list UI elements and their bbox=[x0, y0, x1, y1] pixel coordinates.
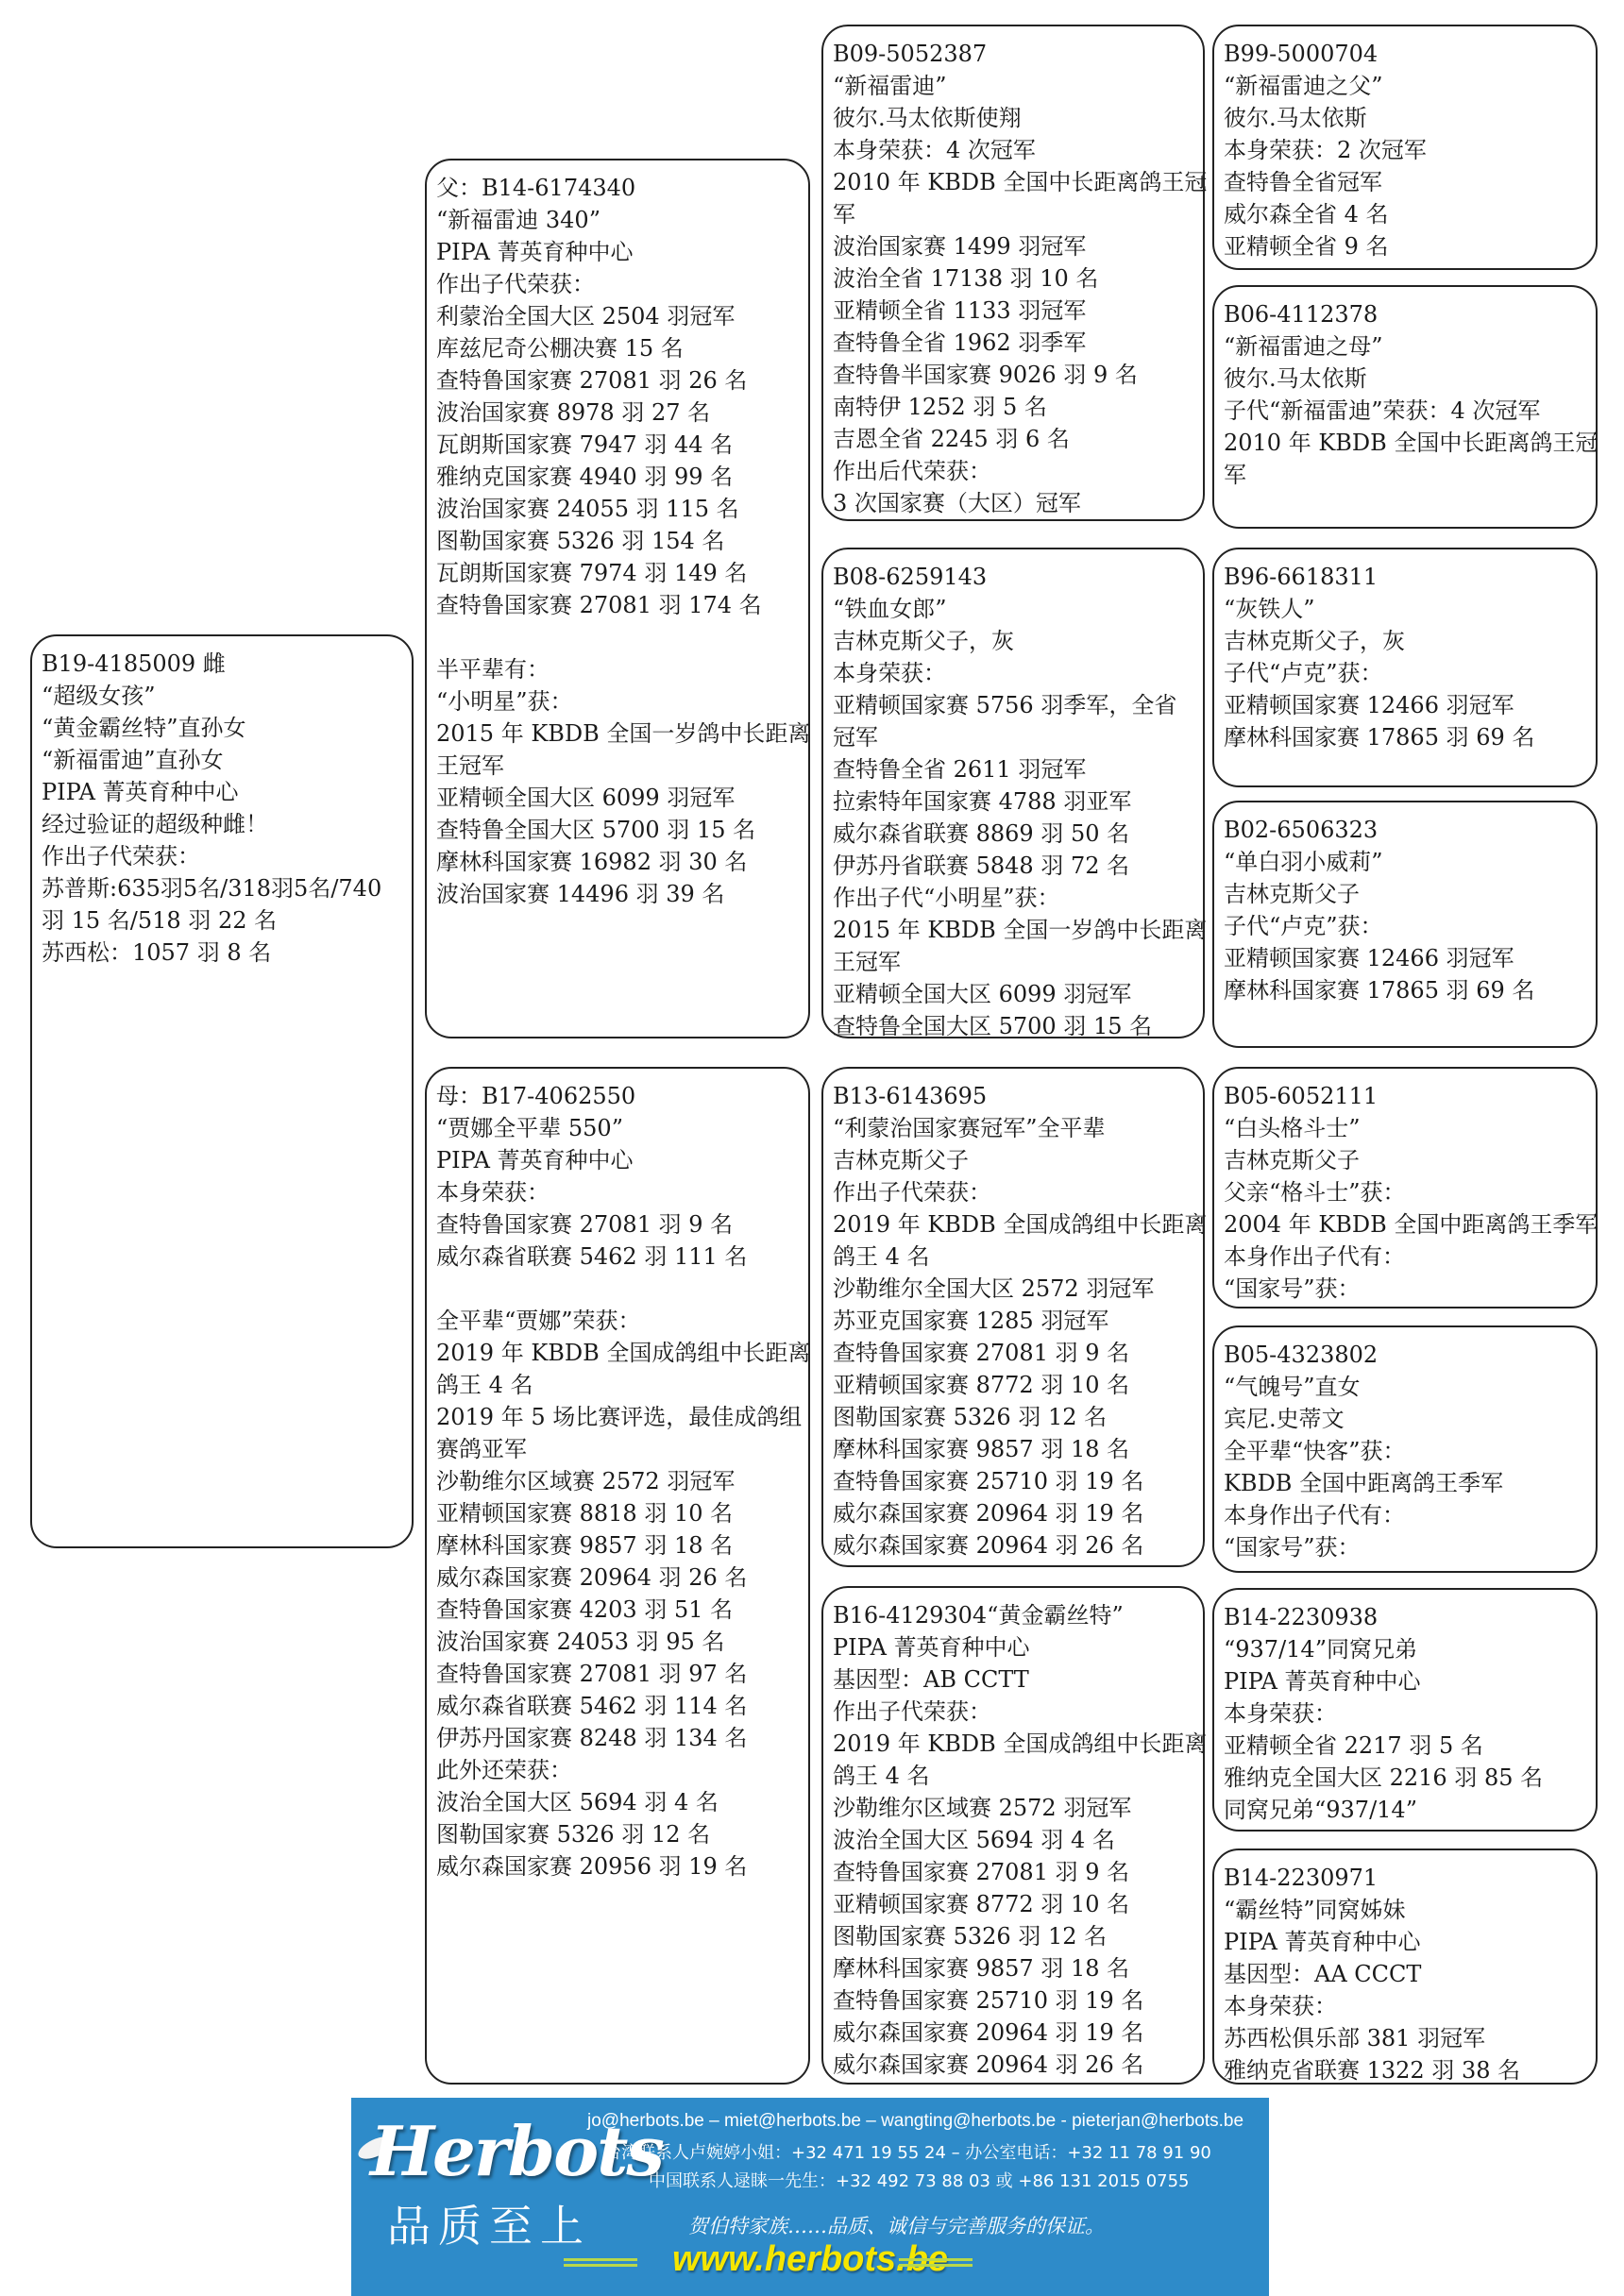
card-line: 彼尔.马太依斯使翔 bbox=[833, 102, 1203, 134]
card-line: 子代“卢克”获： bbox=[1224, 657, 1596, 689]
card-line: 查特鲁全省 2611 羽冠军 bbox=[833, 753, 1203, 785]
pedigree-subject-card: B19-4185009 雌 “超级女孩” “黄金霸丝特”直孙女 “新福雷迪”直孙… bbox=[30, 634, 414, 1548]
card-line: “国家号”获： bbox=[1224, 1531, 1596, 1563]
pedigree-great-grandparent-card: B05-6052111 “白头格斗士”吉林克斯父子父亲“格斗士”获：2004 年… bbox=[1212, 1067, 1598, 1308]
card-line: 威尔森国家赛 20964 羽 19 名 bbox=[833, 2017, 1203, 2049]
card-line: 本身作出子代有： bbox=[1224, 1499, 1596, 1531]
pedigree-great-grandparent-card: B02-6506323 “单白羽小威莉”吉林克斯父子子代“卢克”获：亚精顿国家赛… bbox=[1212, 801, 1598, 1048]
card-line: 作出后代荣获： bbox=[833, 455, 1203, 487]
card-line: 图勒国家赛 5326 羽 154 名 bbox=[436, 525, 808, 557]
card-line: 鸽王 4 名 bbox=[833, 1760, 1203, 1792]
card-line: 查特鲁全国大区 5700 羽 15 名 bbox=[436, 814, 808, 846]
card-line: 查特鲁国家赛 27081 羽 9 名 bbox=[436, 1208, 808, 1241]
ring-number: B05-4323802 bbox=[1224, 1339, 1596, 1371]
card-line: 本身荣获：2 次冠军 bbox=[1224, 134, 1596, 166]
card-line: 摩林科国家赛 16982 羽 30 名 bbox=[436, 846, 808, 878]
card-line: PIPA 菁英育种中心 bbox=[436, 236, 808, 268]
card-line: “超级女孩” bbox=[42, 680, 412, 712]
card-line: 伊苏丹国家赛 8248 羽 134 名 bbox=[436, 1722, 808, 1754]
pedigree-paternal-granddam-card: B08-6259143 “铁血女郎”吉林克斯父子，灰本身荣获：亚精顿国家赛 57… bbox=[821, 548, 1205, 1038]
card-line: 图勒国家赛 5326 羽 12 名 bbox=[436, 1818, 808, 1850]
ring-number: B02-6506323 bbox=[1224, 814, 1596, 846]
ring-number: 母：B17-4062550 bbox=[436, 1080, 808, 1112]
card-line: 羽 15 名/518 羽 22 名 bbox=[42, 904, 412, 937]
card-line: 赛鸽亚军 bbox=[436, 1433, 808, 1465]
card-line: 冠军 bbox=[833, 721, 1203, 753]
card-line: 彼尔.马太依斯 bbox=[1224, 102, 1596, 134]
card-line: 瓦朗斯国家赛 7974 羽 149 名 bbox=[436, 557, 808, 589]
card-line: 雅纳克全国大区 2216 羽 85 名 bbox=[1224, 1762, 1596, 1794]
card-line: 2019 年 KBDB 全国成鸽组中长距离 bbox=[833, 1728, 1203, 1760]
card-line: 作出子代荣获： bbox=[833, 1176, 1203, 1208]
card-line: 波治全国大区 5694 羽 4 名 bbox=[833, 1824, 1203, 1856]
card-line: 本身荣获：4 次冠军 bbox=[833, 134, 1203, 166]
card-line: 鸽王 4 名 bbox=[436, 1369, 808, 1401]
card-line: 利蒙治全国大区 2504 羽冠军 bbox=[436, 300, 808, 332]
card-line: 本身荣获： bbox=[1224, 1697, 1596, 1730]
card-line: 子代“新福雷迪”荣获：4 次冠军 bbox=[1224, 395, 1596, 427]
card-line: 图勒国家赛 5326 羽 12 名 bbox=[833, 1920, 1203, 1952]
card-line: 全平辈“贾娜”荣获： bbox=[436, 1305, 808, 1337]
card-line: 本身荣获： bbox=[1224, 1990, 1596, 2022]
card-line: “新福雷迪之父” bbox=[1224, 70, 1596, 102]
card-line: 作出子代“小明星”获： bbox=[833, 882, 1203, 914]
card-line: 查特鲁全国大区 5700 羽 15 名 bbox=[833, 1010, 1203, 1042]
card-line: “单白羽小威莉” bbox=[1224, 846, 1596, 878]
ring-number: B08-6259143 bbox=[833, 561, 1203, 593]
card-line: 雅纳克国家赛 4940 羽 99 名 bbox=[436, 461, 808, 493]
card-line: 亚精顿国家赛 8772 羽 10 名 bbox=[833, 1369, 1203, 1401]
card-line bbox=[436, 1273, 808, 1305]
pedigree-maternal-grandsire-card: B13-6143695 “利蒙治国家赛冠军”全平辈吉林克斯父子作出子代荣获：20… bbox=[821, 1067, 1205, 1567]
card-line: 2019 年 KBDB 全国成鸽组中长距离 bbox=[833, 1208, 1203, 1241]
card-line: 本身作出子代有： bbox=[1224, 1241, 1596, 1273]
taiwan-contact: 台湾联系人卢婉婷小姐：+32 471 19 55 24 – 办公室电话：+32 … bbox=[604, 2139, 1211, 2164]
card-line: 苏西松：1057 羽 8 名 bbox=[42, 937, 412, 969]
card-line: “白头格斗士” bbox=[1224, 1112, 1596, 1144]
card-line: 威尔森省联赛 8869 羽 50 名 bbox=[833, 818, 1203, 850]
card-line: 雅纳克省联赛 1322 羽 38 名 bbox=[1224, 2054, 1596, 2086]
ring-number: B19-4185009 雌 bbox=[42, 648, 412, 680]
card-line: PIPA 菁英育种中心 bbox=[833, 1631, 1203, 1663]
card-line: 波治国家赛 1499 羽冠军 bbox=[833, 230, 1203, 262]
card-line: “新福雷迪之母” bbox=[1224, 330, 1596, 363]
card-line: 摩林科国家赛 9857 羽 18 名 bbox=[436, 1529, 808, 1562]
card-line: 查特鲁国家赛 4203 羽 51 名 bbox=[436, 1594, 808, 1626]
card-line: 摩林科国家赛 17865 羽 69 名 bbox=[1224, 721, 1596, 753]
slogan: 品质至上 bbox=[387, 2192, 591, 2254]
card-line: 吉林克斯父子 bbox=[1224, 878, 1596, 910]
card-line: 2004 年 KBDB 全国中距离鸽王季军 bbox=[1224, 1208, 1596, 1241]
card-line: 查特鲁全省冠军 bbox=[1224, 166, 1596, 198]
card-line: 作出子代荣获： bbox=[436, 268, 808, 300]
card-line: 3 次国家赛（大区）冠军 bbox=[833, 487, 1203, 519]
card-line: 经过验证的超级种雌！ bbox=[42, 808, 412, 840]
ring-number: B13-6143695 bbox=[833, 1080, 1203, 1112]
card-line: 彼尔.马太依斯 bbox=[1224, 363, 1596, 395]
card-line: 波治国家赛 24055 羽 115 名 bbox=[436, 493, 808, 525]
card-line: 亚精顿全省 2217 羽 5 名 bbox=[1224, 1730, 1596, 1762]
card-line: “霸丝特”同窝姊妹 bbox=[1224, 1894, 1596, 1926]
card-line: “新福雷迪”直孙女 bbox=[42, 744, 412, 776]
card-line: 威尔森国家赛 20964 羽 26 名 bbox=[436, 1562, 808, 1594]
card-line: 查特鲁国家赛 27081 羽 26 名 bbox=[436, 364, 808, 397]
card-line: 伊苏丹省联赛 5848 羽 72 名 bbox=[833, 850, 1203, 882]
card-line: 亚精顿国家赛 8818 羽 10 名 bbox=[436, 1497, 808, 1529]
pedigree-paternal-grandsire-card: B09-5052387 “新福雷迪”彼尔.马太依斯使翔本身荣获：4 次冠军201… bbox=[821, 25, 1205, 521]
card-line: 波治全省 17138 羽 10 名 bbox=[833, 262, 1203, 295]
card-line: 父亲“格斗士”获： bbox=[1224, 1176, 1596, 1208]
card-line: 2019 年 KBDB 全国成鸽组中长距离 bbox=[436, 1337, 808, 1369]
card-line: 亚精顿国家赛 8772 羽 10 名 bbox=[833, 1888, 1203, 1920]
card-line: 摩林科国家赛 9857 羽 18 名 bbox=[833, 1952, 1203, 1984]
card-line: 王冠军 bbox=[833, 946, 1203, 978]
card-line: 南特伊 1252 羽 5 名 bbox=[833, 391, 1203, 423]
pedigree-dam-card: 母：B17-4062550 “贾娜全平辈 550”PIPA 菁英育种中心本身荣获… bbox=[425, 1067, 810, 2085]
card-line: 威尔森国家赛 20964 羽 26 名 bbox=[833, 1529, 1203, 1562]
card-line: PIPA 菁英育种中心 bbox=[42, 776, 412, 808]
ring-number: B16-4129304“黄金霸丝特” bbox=[833, 1599, 1203, 1631]
ring-number: B06-4112378 bbox=[1224, 298, 1596, 330]
card-line: 2010 年 KBDB 全国中长距离鸽王冠 bbox=[833, 166, 1203, 198]
herbots-contact-banner: Herbots 品质至上 jo@herbots.be – miet@herbot… bbox=[351, 2098, 1269, 2296]
card-line: 鸽王 4 名 bbox=[833, 1241, 1203, 1273]
card-line: 苏普斯:635羽5名/318羽5名/740 bbox=[42, 872, 412, 904]
pedigree-sire-card: 父：B14-6174340 “新福雷迪 340”PIPA 菁英育种中心作出子代荣… bbox=[425, 159, 810, 1038]
card-line: “新福雷迪 340” bbox=[436, 204, 808, 236]
card-line: 查特鲁国家赛 27081 羽 9 名 bbox=[833, 1337, 1203, 1369]
card-line: 苏亚克国家赛 1285 羽冠军 bbox=[833, 1305, 1203, 1337]
card-line: “黄金霸丝特”直孙女 bbox=[42, 712, 412, 744]
ring-number: B14-2230938 bbox=[1224, 1601, 1596, 1633]
card-line: 查特鲁国家赛 27081 羽 174 名 bbox=[436, 589, 808, 621]
card-line: 苏西松俱乐部 381 羽冠军 bbox=[1224, 2022, 1596, 2054]
card-line: 威尔森国家赛 20964 羽 19 名 bbox=[833, 1497, 1203, 1529]
pedigree-great-grandparent-card: B14-2230938 “937/14”同窝兄弟PIPA 菁英育种中心本身荣获：… bbox=[1212, 1588, 1598, 1832]
card-line: “新福雷迪” bbox=[833, 70, 1203, 102]
card-line: “国家号”获： bbox=[1224, 1273, 1596, 1305]
card-line: 吉林克斯父子 bbox=[1224, 1144, 1596, 1176]
ring-number: B05-6052111 bbox=[1224, 1080, 1596, 1112]
card-line: 亚精顿全省 9 名 bbox=[1224, 230, 1596, 262]
card-line: 查特鲁半国家赛 9026 羽 9 名 bbox=[833, 359, 1203, 391]
card-line: 基因型：AB CCTT bbox=[833, 1663, 1203, 1696]
card-line: 波治国家赛 14496 羽 39 名 bbox=[436, 878, 808, 910]
card-line: 此外还荣获： bbox=[436, 1754, 808, 1786]
pedigree-great-grandparent-card: B96-6618311 “灰铁人”吉林克斯父子，灰子代“卢克”获：亚精顿国家赛 … bbox=[1212, 548, 1598, 787]
pedigree-great-grandparent-card: B06-4112378 “新福雷迪之母”彼尔.马太依斯子代“新福雷迪”荣获：4 … bbox=[1212, 285, 1598, 529]
card-line: 库兹尼奇公棚决赛 15 名 bbox=[436, 332, 808, 364]
card-line: 威尔森国家赛 20964 羽 26 名 bbox=[833, 2049, 1203, 2081]
card-line: 2015 年 KBDB 全国一岁鸽中长距离 bbox=[436, 717, 808, 750]
pedigree-great-grandparent-card: B99-5000704 “新福雷迪之父”彼尔.马太依斯本身荣获：2 次冠军查特鲁… bbox=[1212, 25, 1598, 270]
decorative-divider bbox=[899, 2258, 973, 2267]
card-line: 查特鲁国家赛 25710 羽 19 名 bbox=[833, 1984, 1203, 2017]
pedigree-maternal-granddam-card: B16-4129304“黄金霸丝特”PIPA 菁英育种中心基因型：AB CCTT… bbox=[821, 1586, 1205, 2085]
card-line: “气魄号”直女 bbox=[1224, 1371, 1596, 1403]
card-line: KBDB 全国中距离鸽王季军 bbox=[1224, 1467, 1596, 1499]
pedigree-great-grandparent-card: B05-4323802 “气魄号”直女宾尼.史蒂文全平辈“快客”获：KBDB 全… bbox=[1212, 1325, 1598, 1573]
card-line: 全平辈“快客”获： bbox=[1224, 1435, 1596, 1467]
ring-number: B09-5052387 bbox=[833, 38, 1203, 70]
ring-number: B14-2230971 bbox=[1224, 1862, 1596, 1894]
card-line: 拉索特年国家赛 4788 羽亚军 bbox=[833, 785, 1203, 818]
card-line: 同窝兄弟“937/14” bbox=[1224, 1794, 1596, 1826]
card-line: 摩林科国家赛 9857 羽 18 名 bbox=[833, 1433, 1203, 1465]
card-line: PIPA 菁英育种中心 bbox=[1224, 1926, 1596, 1958]
card-line: “小明星”获： bbox=[436, 685, 808, 717]
card-line: 图勒国家赛 5326 羽 12 名 bbox=[833, 1401, 1203, 1433]
motto: 贺伯特家族……品质、诚信与完善服务的保证。 bbox=[688, 2211, 1105, 2239]
china-contact: 中国联系人逯睐一先生：+32 492 73 88 03 或 +86 131 20… bbox=[649, 2168, 1190, 2192]
card-line: 波治国家赛 8978 羽 27 名 bbox=[436, 397, 808, 429]
card-line: 吉恩全省 2245 羽 6 名 bbox=[833, 423, 1203, 455]
card-line: 亚精顿国家赛 12466 羽冠军 bbox=[1224, 689, 1596, 721]
card-line: 亚精顿国家赛 5756 羽季军，全省 bbox=[833, 689, 1203, 721]
card-line: PIPA 菁英育种中心 bbox=[436, 1144, 808, 1176]
card-line: 波治国家赛 24053 羽 95 名 bbox=[436, 1626, 808, 1658]
card-line: 吉林克斯父子 bbox=[833, 1144, 1203, 1176]
card-line: 作出子代荣获： bbox=[833, 1696, 1203, 1728]
card-line: “铁血女郎” bbox=[833, 593, 1203, 625]
card-line: 摩林科国家赛 17865 羽 69 名 bbox=[1224, 974, 1596, 1006]
card-line: 威尔森国家赛 20956 羽 19 名 bbox=[436, 1850, 808, 1882]
card-line: “利蒙治国家赛冠军”全平辈 bbox=[833, 1112, 1203, 1144]
card-line: “937/14”同窝兄弟 bbox=[1224, 1633, 1596, 1665]
card-line: 沙勒维尔区域赛 2572 羽冠军 bbox=[436, 1465, 808, 1497]
card-line: 2019 年 5 场比赛评选，最佳成鸽组 bbox=[436, 1401, 808, 1433]
card-line: 威尔森全省 4 名 bbox=[1224, 198, 1596, 230]
card-line: PIPA 菁英育种中心 bbox=[1224, 1665, 1596, 1697]
card-line: 亚精顿全国大区 6099 羽冠军 bbox=[833, 978, 1203, 1010]
card-line: 本身荣获： bbox=[436, 1176, 808, 1208]
pedigree-great-grandparent-card: B14-2230971 “霸丝特”同窝姊妹PIPA 菁英育种中心基因型：AA C… bbox=[1212, 1849, 1598, 2085]
card-line: 2015 年 KBDB 全国一岁鸽中长距离 bbox=[833, 914, 1203, 946]
card-line: 王冠军 bbox=[436, 750, 808, 782]
decorative-divider bbox=[564, 2258, 637, 2267]
ring-number: B96-6618311 bbox=[1224, 561, 1596, 593]
card-line: “贾娜全平辈 550” bbox=[436, 1112, 808, 1144]
card-line: 瓦朗斯国家赛 7947 羽 44 名 bbox=[436, 429, 808, 461]
card-line: 子代“卢克”获： bbox=[1224, 910, 1596, 942]
contact-emails[interactable]: jo@herbots.be – miet@herbots.be – wangti… bbox=[587, 2111, 1243, 2132]
card-line: 沙勒维尔全国大区 2572 羽冠军 bbox=[833, 1273, 1203, 1305]
card-line: 亚精顿全国大区 6099 羽冠军 bbox=[436, 782, 808, 814]
card-line: 沙勒维尔区域赛 2572 羽冠军 bbox=[833, 1792, 1203, 1824]
ring-number: B99-5000704 bbox=[1224, 38, 1596, 70]
card-line: 军 bbox=[1224, 459, 1596, 491]
card-line: 作出子代荣获： bbox=[42, 840, 412, 872]
card-line: 2010 年 KBDB 全国中长距离鸽王冠 bbox=[1224, 427, 1596, 459]
card-line: 亚精顿国家赛 12466 羽冠军 bbox=[1224, 942, 1596, 974]
card-line: 基因型：AA CCCT bbox=[1224, 1958, 1596, 1990]
card-line: 吉林克斯父子，灰 bbox=[833, 625, 1203, 657]
card-line: 查特鲁国家赛 25710 羽 19 名 bbox=[833, 1465, 1203, 1497]
card-line: 威尔森省联赛 5462 羽 111 名 bbox=[436, 1241, 808, 1273]
ring-number: 父：B14-6174340 bbox=[436, 172, 808, 204]
card-line: 查特鲁国家赛 27081 羽 97 名 bbox=[436, 1658, 808, 1690]
card-line: 本身荣获： bbox=[833, 657, 1203, 689]
card-line: “灰铁人” bbox=[1224, 593, 1596, 625]
card-line: 亚精顿全省 1133 羽冠军 bbox=[833, 295, 1203, 327]
card-line: 半平辈有： bbox=[436, 653, 808, 685]
card-line: 威尔森省联赛 5462 羽 114 名 bbox=[436, 1690, 808, 1722]
card-line: 波治全国大区 5694 羽 4 名 bbox=[436, 1786, 808, 1818]
card-line: 宾尼.史蒂文 bbox=[1224, 1403, 1596, 1435]
card-line: 查特鲁国家赛 27081 羽 9 名 bbox=[833, 1856, 1203, 1888]
card-line: 吉林克斯父子，灰 bbox=[1224, 625, 1596, 657]
card-line bbox=[436, 621, 808, 653]
card-line: 查特鲁全省 1962 羽季军 bbox=[833, 327, 1203, 359]
card-line: 军 bbox=[833, 198, 1203, 230]
